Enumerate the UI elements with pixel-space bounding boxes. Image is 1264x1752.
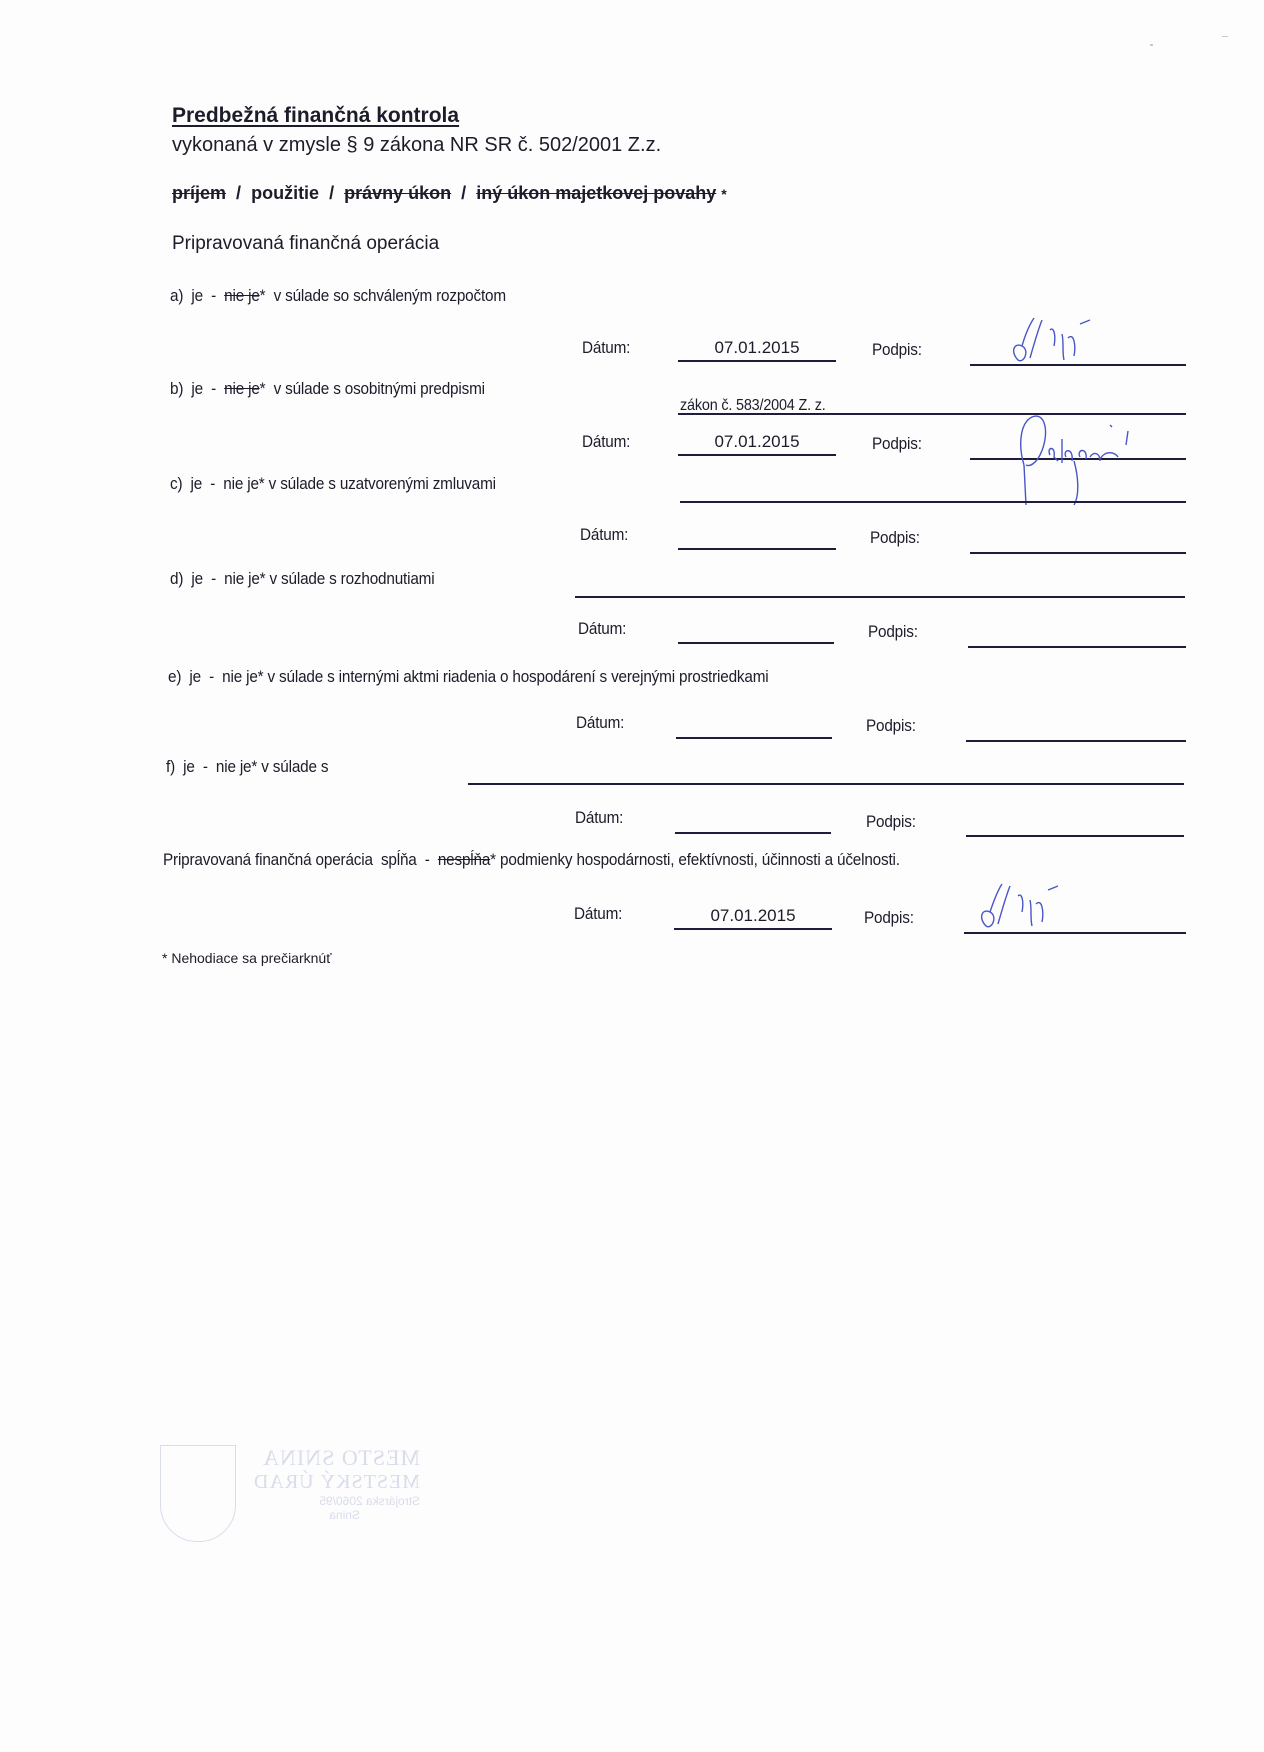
signature-line-d[interactable] — [968, 646, 1186, 648]
separator: / — [329, 183, 334, 203]
signature-label-b: Podpis: — [872, 434, 922, 454]
item-d: d) je - nie je* v súlade s rozhodnutiami — [170, 569, 434, 589]
type-option-pravny-ukon: právny úkon — [344, 183, 451, 203]
signature-conclusion — [970, 880, 1080, 935]
scan-speck — [1222, 36, 1228, 37]
office-stamp: MESTO SNINA MESTSKÝ ÚRAD Strojárska 2060… — [160, 1445, 420, 1545]
document-subtitle: vykonaná v zmysle § 9 zákona NR SR č. 50… — [172, 134, 661, 157]
signature-label-a: Podpis: — [872, 340, 922, 360]
separator: / — [461, 183, 466, 203]
signature-b — [1010, 405, 1160, 505]
coat-of-arms-icon — [160, 1445, 236, 1542]
detail-line-f[interactable] — [468, 783, 1184, 785]
date-label-f: Dátum: — [575, 808, 623, 828]
date-line-e[interactable] — [676, 737, 832, 739]
item-e: e) je - nie je* v súlade s internými akt… — [168, 667, 769, 687]
asterisk: * — [721, 186, 726, 202]
footnote: * Nehodiace sa prečiarknúť — [162, 950, 331, 966]
signature-a — [1000, 312, 1110, 367]
date-line-b — [678, 454, 836, 456]
date-label-b: Dátum: — [582, 432, 630, 452]
detail-line-c[interactable] — [680, 501, 1186, 503]
date-line-c[interactable] — [678, 548, 836, 550]
date-line-a — [678, 360, 836, 362]
separator: / — [236, 183, 241, 203]
date-value-conclusion[interactable]: 07.01.2015 — [674, 906, 832, 926]
item-f: f) je - nie je* v súlade s — [166, 757, 328, 777]
date-label-conclusion: Dátum: — [574, 904, 622, 924]
signature-line-e[interactable] — [966, 740, 1186, 742]
date-label-a: Dátum: — [582, 338, 630, 358]
signature-label-d: Podpis: — [868, 622, 918, 642]
signature-label-e: Podpis: — [866, 716, 916, 736]
date-line-conclusion — [674, 928, 832, 930]
scan-speck — [1150, 44, 1153, 46]
signature-label-conclusion: Podpis: — [864, 908, 914, 928]
signature-label-f: Podpis: — [866, 812, 916, 832]
date-value-a[interactable]: 07.01.2015 — [678, 338, 836, 358]
intro-text: Pripravovaná finančná operácia — [172, 233, 439, 255]
date-value-b[interactable]: 07.01.2015 — [678, 432, 836, 452]
item-a: a) je - nie je* v súlade so schváleným r… — [170, 286, 506, 306]
date-line-f[interactable] — [675, 832, 831, 834]
conclusion-text: Pripravovaná finančná operácia spĺňa - n… — [163, 850, 900, 870]
date-line-d[interactable] — [678, 642, 834, 644]
type-option-iny-ukon: iný úkon majetkovej povahy — [476, 183, 716, 203]
operation-type-line: príjem / použitie / právny úkon / iný úk… — [172, 183, 727, 204]
item-c: c) je - nie je* v súlade s uzatvorenými … — [170, 474, 496, 494]
date-label-c: Dátum: — [580, 525, 628, 545]
item-b: b) je - nie je* v súlade s osobitnými pr… — [170, 379, 485, 399]
signature-label-c: Podpis: — [870, 528, 920, 548]
type-option-prijem: príjem — [172, 183, 226, 203]
date-label-d: Dátum: — [578, 619, 626, 639]
document-title: Predbežná finančná kontrola — [172, 104, 459, 128]
detail-line-d[interactable] — [575, 596, 1185, 598]
type-option-pouzitie: použitie — [251, 183, 319, 203]
signature-line-c[interactable] — [970, 552, 1186, 554]
date-label-e: Dátum: — [576, 713, 624, 733]
signature-line-f[interactable] — [966, 835, 1184, 837]
